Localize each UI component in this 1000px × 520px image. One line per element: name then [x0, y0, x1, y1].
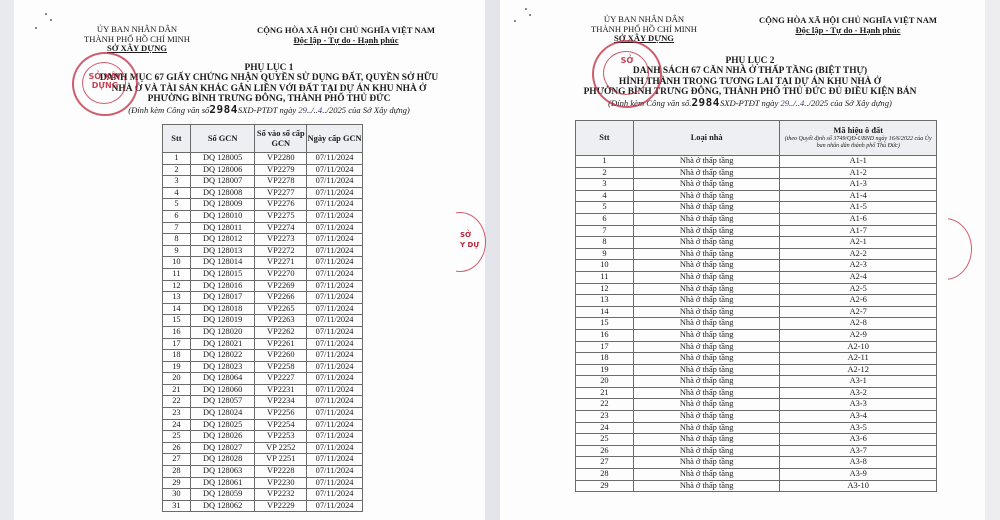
- table-cell: A2-12: [780, 364, 937, 376]
- table-cell: DQ 128024: [190, 408, 255, 420]
- table-cell: DQ 128006: [190, 164, 255, 176]
- nation-name: CỘNG HÒA XÃ HỘI CHỦ NGHĨA VIỆT NAM: [728, 15, 968, 25]
- table-cell: 20: [576, 376, 634, 388]
- table-cell: 24: [576, 422, 634, 434]
- table-cell: DQ 128063: [190, 466, 255, 478]
- column-header-plot-code: Mã hiệu ô đất (theo Quyết định số 3749/Q…: [780, 121, 937, 156]
- table-cell: Nhà ở thấp tầng: [633, 202, 780, 214]
- table-cell: Nhà ở thấp tầng: [633, 411, 780, 423]
- scan-speck: [50, 19, 52, 21]
- table-row: 11Nhà ở thấp tầngA2-4: [576, 271, 937, 283]
- table-cell: DQ 128022: [190, 350, 255, 362]
- table-cell: DQ 128017: [190, 292, 255, 304]
- table-cell: A2-3: [780, 260, 937, 272]
- table-cell: 07/11/2024: [307, 419, 363, 431]
- table-row: 15Nhà ở thấp tầngA2-8: [576, 318, 937, 330]
- table-row: 17Nhà ở thấp tầngA2-10: [576, 341, 937, 353]
- table-cell: 13: [163, 292, 191, 304]
- table-cell: 07/11/2024: [307, 303, 363, 315]
- table-row: 29DQ 128061VP223007/11/2024: [163, 477, 363, 489]
- table-cell: 29: [576, 480, 634, 492]
- table-cell: A3-1: [780, 376, 937, 388]
- table-cell: 26: [576, 445, 634, 457]
- table-cell: VP2253: [255, 431, 307, 443]
- table-cell: Nhà ở thấp tầng: [633, 260, 780, 272]
- table-cell: 13: [576, 295, 634, 307]
- table-cell: VP2263: [255, 315, 307, 327]
- table-row: 23Nhà ở thấp tầngA3-4: [576, 411, 937, 423]
- table-cell: DQ 128005: [190, 153, 255, 165]
- table-cell: Nhà ở thấp tầng: [633, 353, 780, 365]
- table-cell: 9: [576, 248, 634, 260]
- table-cell: 8: [576, 237, 634, 249]
- table-cell: 07/11/2024: [307, 164, 363, 176]
- table-cell: Nhà ở thấp tầng: [633, 295, 780, 307]
- attachment-prefix: (Đính kèm Công văn số: [128, 105, 209, 115]
- table-cell: Nhà ở thấp tầng: [633, 248, 780, 260]
- table-row: 24DQ 128025VP225407/11/2024: [163, 419, 363, 431]
- table-cell: 26: [163, 442, 191, 454]
- table-cell: DQ 128011: [190, 222, 255, 234]
- table-cell: DQ 128027: [190, 442, 255, 454]
- plot-code-note: (theo Quyết định số 3749/QĐ-UBND ngày 16…: [780, 136, 936, 150]
- certificate-table: Stt Số GCN Số vào sổ cấp GCN Ngày cấp GC…: [162, 124, 363, 512]
- table-cell: 07/11/2024: [307, 431, 363, 443]
- table-cell: VP2280: [255, 153, 307, 165]
- table-row: 14DQ 128018VP226507/11/2024: [163, 303, 363, 315]
- table-cell: 07/11/2024: [307, 338, 363, 350]
- table-cell: VP2265: [255, 303, 307, 315]
- seal-text: SỞ: [594, 56, 660, 65]
- table-row: 15DQ 128019VP226307/11/2024: [163, 315, 363, 327]
- table-cell: VP2228: [255, 466, 307, 478]
- table-cell: 23: [163, 408, 191, 420]
- table-cell: 20: [163, 373, 191, 385]
- table-row: 10DQ 128014VP227107/11/2024: [163, 257, 363, 269]
- seal-text: SỞ XÂY DỰNG: [74, 72, 136, 90]
- table-row: 5Nhà ở thấp tầngA1-5: [576, 202, 937, 214]
- table-cell: DQ 128059: [190, 489, 255, 501]
- national-motto: Độc lập - Tự do - Hạnh phúc: [728, 25, 968, 35]
- table-cell: A1-3: [780, 179, 937, 191]
- table-cell: 07/11/2024: [307, 315, 363, 327]
- table-cell: 07/11/2024: [307, 187, 363, 199]
- table-cell: 16: [163, 326, 191, 338]
- table-row: 31DQ 128062VP222907/11/2024: [163, 500, 363, 512]
- table-cell: 11: [576, 271, 634, 283]
- table-cell: DQ 128025: [190, 419, 255, 431]
- table-cell: 07/11/2024: [307, 442, 363, 454]
- table-cell: DQ 128020: [190, 326, 255, 338]
- table-cell: DQ 128008: [190, 187, 255, 199]
- plot-code-label: Mã hiệu ô đất: [833, 126, 883, 135]
- table-cell: A2-1: [780, 237, 937, 249]
- table-row: 16Nhà ở thấp tầngA2-9: [576, 329, 937, 341]
- handwritten-month: 4: [800, 98, 804, 108]
- table-cell: Nhà ở thấp tầng: [633, 156, 780, 168]
- certificate-table-body: 1DQ 128005VP228007/11/20242DQ 128006VP22…: [163, 153, 363, 512]
- table-cell: A2-11: [780, 353, 937, 365]
- table-row: 25Nhà ở thấp tầngA3-6: [576, 434, 937, 446]
- table-cell: Nhà ở thấp tầng: [633, 364, 780, 376]
- table-row: 16DQ 128020VP226207/11/2024: [163, 326, 363, 338]
- table-row: 23DQ 128024VP225607/11/2024: [163, 408, 363, 420]
- table-cell: Nhà ở thấp tầng: [633, 422, 780, 434]
- table-cell: DQ 128019: [190, 315, 255, 327]
- table-cell: 8: [163, 234, 191, 246]
- table-cell: VP2275: [255, 210, 307, 222]
- table-cell: 3: [576, 179, 634, 191]
- nation-name: CỘNG HÒA XÃ HỘI CHỦ NGHĨA VIỆT NAM: [226, 25, 466, 35]
- table-cell: 07/11/2024: [307, 257, 363, 269]
- table-row: 26Nhà ở thấp tầngA3-7: [576, 445, 937, 457]
- column-header-stt: Stt: [163, 125, 191, 153]
- table-cell: A3-7: [780, 445, 937, 457]
- column-header-registry-number: Số vào sổ cấp GCN: [255, 125, 307, 153]
- table-cell: VP2276: [255, 199, 307, 211]
- housing-unit-table: Stt Loại nhà Mã hiệu ô đất (theo Quyết đ…: [575, 120, 937, 492]
- table-cell: Nhà ở thấp tầng: [633, 306, 780, 318]
- partial-seal-stamp: SỞ Y DỰ: [456, 212, 486, 274]
- table-cell: VP2270: [255, 268, 307, 280]
- table-cell: DQ 128016: [190, 280, 255, 292]
- table-cell: 15: [163, 315, 191, 327]
- table-cell: DQ 128018: [190, 303, 255, 315]
- table-cell: VP2260: [255, 350, 307, 362]
- table-cell: A2-10: [780, 341, 937, 353]
- table-row: 14Nhà ở thấp tầngA2-7: [576, 306, 937, 318]
- table-cell: 07/11/2024: [307, 222, 363, 234]
- document-number: 2984: [691, 96, 720, 109]
- table-row: 13Nhà ở thấp tầngA2-6: [576, 295, 937, 307]
- scan-speck: [45, 13, 47, 15]
- table-cell: DQ 128012: [190, 234, 255, 246]
- attachment-suffix: /2025 của Sở Xây dựng): [327, 105, 410, 115]
- table-cell: 07/11/2024: [307, 396, 363, 408]
- table-cell: A2-2: [780, 248, 937, 260]
- table-cell: 28: [163, 466, 191, 478]
- attachment-suffix: /2025 của Sở Xây dựng): [809, 98, 892, 108]
- table-cell: A1-7: [780, 225, 937, 237]
- table-cell: 22: [163, 396, 191, 408]
- table-cell: Nhà ở thấp tầng: [633, 434, 780, 446]
- national-motto: Độc lập - Tự do - Hạnh phúc: [226, 35, 466, 45]
- table-cell: Nhà ở thấp tầng: [633, 445, 780, 457]
- table-cell: A2-9: [780, 329, 937, 341]
- table-cell: DQ 128061: [190, 477, 255, 489]
- table-row: 18Nhà ở thấp tầngA2-11: [576, 353, 937, 365]
- table-cell: DQ 128009: [190, 199, 255, 211]
- table-cell: 24: [163, 419, 191, 431]
- table-row: 27Nhà ở thấp tầngA3-8: [576, 457, 937, 469]
- table-row: 21DQ 128060VP223107/11/2024: [163, 384, 363, 396]
- table-cell: 4: [576, 190, 634, 202]
- table-row: 20Nhà ở thấp tầngA3-1: [576, 376, 937, 388]
- table-cell: Nhà ở thấp tầng: [633, 213, 780, 225]
- table-row: 4DQ 128008VP227707/11/2024: [163, 187, 363, 199]
- table-cell: 10: [163, 257, 191, 269]
- table-row: 22Nhà ở thấp tầngA3-3: [576, 399, 937, 411]
- table-row: 24Nhà ở thấp tầngA3-5: [576, 422, 937, 434]
- table-cell: A2-8: [780, 318, 937, 330]
- table-cell: 9: [163, 245, 191, 257]
- document-page-appendix-1: ỦY BAN NHÂN DÂN THÀNH PHỐ HỒ CHÍ MINH SỞ…: [14, 0, 485, 520]
- housing-unit-table-body: 1Nhà ở thấp tầngA1-12Nhà ở thấp tầngA1-2…: [576, 156, 937, 492]
- table-row: 2Nhà ở thấp tầngA1-2: [576, 167, 937, 179]
- table-cell: A3-9: [780, 469, 937, 481]
- table-cell: Nhà ở thấp tầng: [633, 399, 780, 411]
- table-row: 8Nhà ở thấp tầngA2-1: [576, 237, 937, 249]
- scan-speck: [529, 14, 531, 16]
- table-cell: Nhà ở thấp tầng: [633, 271, 780, 283]
- table-cell: VP2278: [255, 176, 307, 188]
- issuing-agency: ỦY BAN NHÂN DÂN THÀNH PHỐ HỒ CHÍ MINH SỞ…: [574, 15, 714, 44]
- table-cell: 1: [576, 156, 634, 168]
- table-cell: Nhà ở thấp tầng: [633, 341, 780, 353]
- table-cell: A3-8: [780, 457, 937, 469]
- table-cell: DQ 128057: [190, 396, 255, 408]
- attachment-mid: SXD-PTĐT ngày: [238, 105, 296, 115]
- attachment-mid: SXD-PTĐT ngày: [720, 98, 778, 108]
- table-cell: A1-4: [780, 190, 937, 202]
- table-cell: VP2232: [255, 489, 307, 501]
- table-cell: DQ 128062: [190, 500, 255, 512]
- table-cell: 23: [576, 411, 634, 423]
- table-cell: Nhà ở thấp tầng: [633, 167, 780, 179]
- table-row: 12DQ 128016VP226907/11/2024: [163, 280, 363, 292]
- table-cell: 21: [576, 387, 634, 399]
- table-cell: 07/11/2024: [307, 210, 363, 222]
- table-row: 27DQ 128028VP 225107/11/2024: [163, 454, 363, 466]
- table-cell: VP2230: [255, 477, 307, 489]
- table-cell: A2-7: [780, 306, 937, 318]
- table-row: 17DQ 128021VP226107/11/2024: [163, 338, 363, 350]
- table-cell: VP2256: [255, 408, 307, 420]
- partial-seal-text: SỞ Y DỰ: [460, 230, 479, 250]
- table-cell: DQ 128064: [190, 373, 255, 385]
- column-header-house-type: Loại nhà: [633, 121, 780, 156]
- table-cell: 07/11/2024: [307, 199, 363, 211]
- table-row: 25DQ 128026VP225307/11/2024: [163, 431, 363, 443]
- table-cell: 12: [576, 283, 634, 295]
- table-row: 1DQ 128005VP228007/11/2024: [163, 153, 363, 165]
- table-cell: A3-6: [780, 434, 937, 446]
- table-header-row: Stt Số GCN Số vào sổ cấp GCN Ngày cấp GC…: [163, 125, 363, 153]
- table-cell: 07/11/2024: [307, 454, 363, 466]
- table-row: 10Nhà ở thấp tầngA2-3: [576, 260, 937, 272]
- table-cell: 07/11/2024: [307, 373, 363, 385]
- table-cell: VP 2251: [255, 454, 307, 466]
- table-cell: 18: [163, 350, 191, 362]
- table-cell: A2-6: [780, 295, 937, 307]
- table-cell: 5: [163, 199, 191, 211]
- table-cell: VP2269: [255, 280, 307, 292]
- table-cell: 07/11/2024: [307, 280, 363, 292]
- table-cell: A1-2: [780, 167, 937, 179]
- table-cell: Nhà ở thấp tầng: [633, 283, 780, 295]
- table-cell: VP2258: [255, 361, 307, 373]
- table-row: 5DQ 128009VP227607/11/2024: [163, 199, 363, 211]
- table-cell: 15: [576, 318, 634, 330]
- table-row: 20DQ 128064VP222707/11/2024: [163, 373, 363, 385]
- table-cell: 07/11/2024: [307, 500, 363, 512]
- table-cell: 07/11/2024: [307, 326, 363, 338]
- table-cell: DQ 128028: [190, 454, 255, 466]
- table-cell: 07/11/2024: [307, 245, 363, 257]
- table-cell: 7: [163, 222, 191, 234]
- table-row: 6DQ 128010VP227507/11/2024: [163, 210, 363, 222]
- table-cell: 07/11/2024: [307, 477, 363, 489]
- table-cell: 19: [163, 361, 191, 373]
- table-cell: 07/11/2024: [307, 408, 363, 420]
- table-row: 2DQ 128006VP227907/11/2024: [163, 164, 363, 176]
- table-row: 22DQ 128057VP223407/11/2024: [163, 396, 363, 408]
- table-cell: 14: [163, 303, 191, 315]
- table-cell: 07/11/2024: [307, 292, 363, 304]
- table-row: 3Nhà ở thấp tầngA1-3: [576, 179, 937, 191]
- table-row: 13DQ 128017VP226607/11/2024: [163, 292, 363, 304]
- handwritten-day: 29: [780, 98, 789, 108]
- table-cell: VP2231: [255, 384, 307, 396]
- table-cell: 07/11/2024: [307, 384, 363, 396]
- table-cell: 07/11/2024: [307, 361, 363, 373]
- table-cell: 27: [163, 454, 191, 466]
- table-cell: 07/11/2024: [307, 176, 363, 188]
- table-cell: 2: [163, 164, 191, 176]
- table-row: 29Nhà ở thấp tầngA3-10: [576, 480, 937, 492]
- table-cell: VP2279: [255, 164, 307, 176]
- column-header-issue-date: Ngày cấp GCN: [307, 125, 363, 153]
- table-cell: A3-4: [780, 411, 937, 423]
- table-cell: Nhà ở thấp tầng: [633, 329, 780, 341]
- table-row: 19DQ 128023VP225807/11/2024: [163, 361, 363, 373]
- table-cell: 25: [576, 434, 634, 446]
- table-row: 7DQ 128011VP227407/11/2024: [163, 222, 363, 234]
- partial-seal-line: Y DỰ: [460, 240, 479, 250]
- document-number: 2984: [209, 103, 238, 116]
- table-cell: 28: [576, 469, 634, 481]
- scrollbar-track[interactable]: [985, 0, 1000, 520]
- table-cell: A3-3: [780, 399, 937, 411]
- document-page-appendix-2: ỦY BAN NHÂN DÂN THÀNH PHỐ HỒ CHÍ MINH SỞ…: [500, 0, 985, 520]
- table-cell: VP2229: [255, 500, 307, 512]
- table-row: 30DQ 128059VP223207/11/2024: [163, 489, 363, 501]
- table-cell: 27: [576, 457, 634, 469]
- scan-speck: [514, 20, 516, 22]
- table-row: 26DQ 128027VP 225207/11/2024: [163, 442, 363, 454]
- table-cell: VP2234: [255, 396, 307, 408]
- table-cell: Nhà ở thấp tầng: [633, 457, 780, 469]
- table-cell: VP2272: [255, 245, 307, 257]
- table-cell: VP2254: [255, 419, 307, 431]
- table-row: 1Nhà ở thấp tầngA1-1: [576, 156, 937, 168]
- table-cell: DQ 128013: [190, 245, 255, 257]
- table-row: 7Nhà ở thấp tầngA1-7: [576, 225, 937, 237]
- table-cell: 14: [576, 306, 634, 318]
- table-cell: Nhà ở thấp tầng: [633, 376, 780, 388]
- table-cell: A3-2: [780, 387, 937, 399]
- table-cell: 6: [163, 210, 191, 222]
- table-cell: DQ 128021: [190, 338, 255, 350]
- table-cell: 25: [163, 431, 191, 443]
- handwritten-month: 4: [318, 105, 322, 115]
- table-cell: DQ 128023: [190, 361, 255, 373]
- table-cell: DQ 128015: [190, 268, 255, 280]
- table-cell: 7: [576, 225, 634, 237]
- page-gutter: [485, 0, 500, 520]
- table-cell: A1-5: [780, 202, 937, 214]
- partial-seal-ring: [948, 218, 972, 280]
- table-row: 6Nhà ở thấp tầngA1-6: [576, 213, 937, 225]
- national-header: CỘNG HÒA XÃ HỘI CHỦ NGHĨA VIỆT NAM Độc l…: [226, 25, 466, 45]
- table-cell: 17: [576, 341, 634, 353]
- table-cell: DQ 128010: [190, 210, 255, 222]
- table-row: 9Nhà ở thấp tầngA2-2: [576, 248, 937, 260]
- table-row: 19Nhà ở thấp tầngA2-12: [576, 364, 937, 376]
- table-cell: 21: [163, 384, 191, 396]
- table-cell: 07/11/2024: [307, 268, 363, 280]
- column-header-certificate-number: Số GCN: [190, 125, 255, 153]
- table-cell: VP 2252: [255, 442, 307, 454]
- table-row: 11DQ 128015VP227007/11/2024: [163, 268, 363, 280]
- red-seal-stamp: SỞ XÂY DỰNG: [72, 52, 138, 116]
- table-cell: A1-1: [780, 156, 937, 168]
- table-cell: 5: [576, 202, 634, 214]
- handwritten-day: 29: [298, 105, 307, 115]
- table-cell: Nhà ở thấp tầng: [633, 387, 780, 399]
- table-cell: 16: [576, 329, 634, 341]
- table-cell: DQ 128060: [190, 384, 255, 396]
- table-cell: 30: [163, 489, 191, 501]
- table-cell: VP2261: [255, 338, 307, 350]
- table-cell: 07/11/2024: [307, 489, 363, 501]
- table-cell: Nhà ở thấp tầng: [633, 469, 780, 481]
- table-cell: 22: [576, 399, 634, 411]
- table-row: 8DQ 128012VP227307/11/2024: [163, 234, 363, 246]
- table-cell: 2: [576, 167, 634, 179]
- table-cell: 07/11/2024: [307, 350, 363, 362]
- table-cell: VP2277: [255, 187, 307, 199]
- table-cell: A3-10: [780, 480, 937, 492]
- table-cell: A2-5: [780, 283, 937, 295]
- partial-seal-line: SỞ: [460, 230, 479, 240]
- column-header-stt: Stt: [576, 121, 634, 156]
- scan-speck: [35, 27, 37, 29]
- table-cell: VP2274: [255, 222, 307, 234]
- table-cell: 1: [163, 153, 191, 165]
- table-cell: 12: [163, 280, 191, 292]
- red-seal-stamp: SỞ: [592, 40, 662, 108]
- table-row: 28Nhà ở thấp tầngA3-9: [576, 469, 937, 481]
- table-cell: 6: [576, 213, 634, 225]
- table-cell: VP2227: [255, 373, 307, 385]
- table-cell: VP2262: [255, 326, 307, 338]
- national-header: CỘNG HÒA XÃ HỘI CHỦ NGHĨA VIỆT NAM Độc l…: [728, 15, 968, 35]
- table-cell: VP2266: [255, 292, 307, 304]
- issuing-agency: ỦY BAN NHÂN DÂN THÀNH PHỐ HỒ CHÍ MINH SỞ…: [62, 25, 212, 54]
- table-cell: DQ 128007: [190, 176, 255, 188]
- table-cell: 3: [163, 176, 191, 188]
- table-cell: Nhà ở thấp tầng: [633, 179, 780, 191]
- table-cell: 18: [576, 353, 634, 365]
- table-cell: 29: [163, 477, 191, 489]
- table-cell: Nhà ở thấp tầng: [633, 480, 780, 492]
- table-cell: 11: [163, 268, 191, 280]
- scan-speck: [525, 8, 527, 10]
- table-row: 9DQ 128013VP227207/11/2024: [163, 245, 363, 257]
- agency-department: SỞ XÂY DỰNG: [574, 34, 714, 44]
- table-row: 18DQ 128022VP226007/11/2024: [163, 350, 363, 362]
